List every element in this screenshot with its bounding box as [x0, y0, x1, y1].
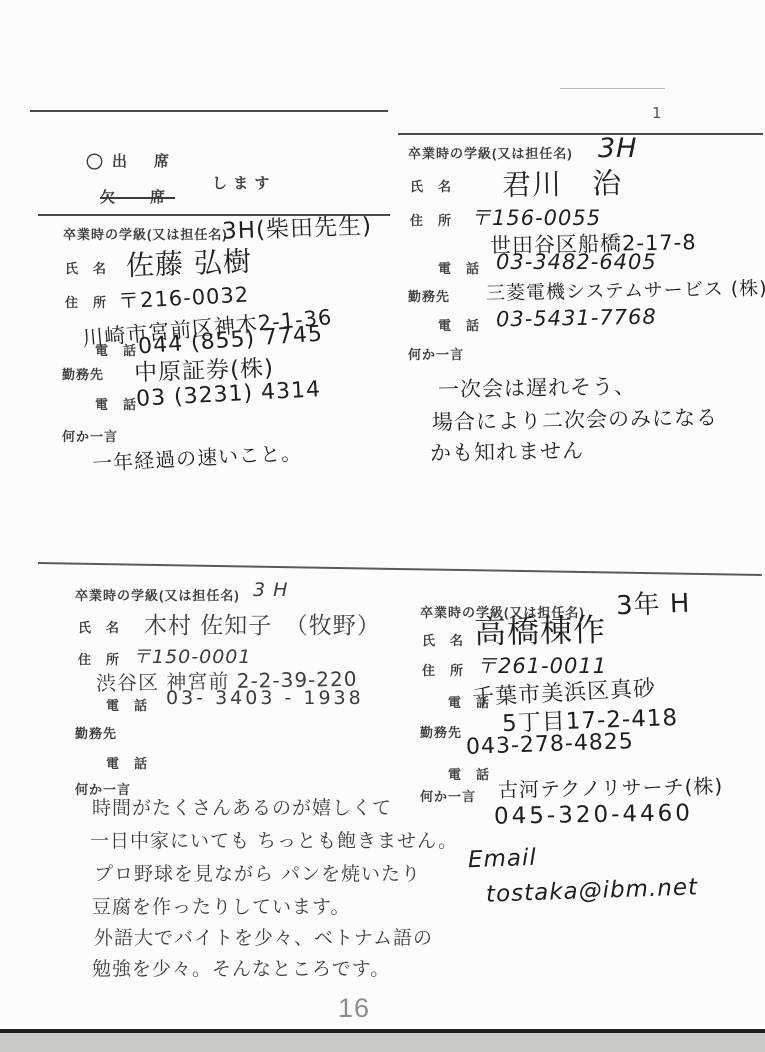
form-top-right: 1 卒業時の学級(又は担任名) 3H 氏 名 君川 治 住 所 〒156-005…: [398, 80, 765, 500]
work-phone-field-label: 電 話: [106, 753, 148, 772]
name-field-label: 氏 名: [78, 617, 120, 636]
comment-line-handwritten: 一年経過の速いこと。: [91, 437, 302, 477]
email-label-handwritten: Email: [468, 845, 538, 873]
workplace-field-label: 勤務先: [408, 286, 450, 305]
comment-line-handwritten: 時間がたくさんあるのが嬉しくて: [92, 793, 392, 820]
attend-verb-label: し ま す: [212, 172, 270, 193]
form-bottom-left: 卒業時の学級(又は担任名) 3 H 氏 名 木村 佐知子 （牧野） 住 所 〒1…: [30, 555, 395, 985]
comment-line-handwritten: 場合により二次会のみになる: [432, 402, 718, 437]
address-field-label: 住 所: [65, 292, 107, 311]
page-number: 16: [338, 993, 370, 1024]
phone-field-label: 電 話: [95, 340, 137, 359]
work-phone-field-label: 電 話: [438, 315, 480, 334]
divider-line: [30, 110, 388, 112]
address-field-label: 住 所: [410, 210, 452, 229]
work-phone-field-label: 電 話: [95, 394, 137, 413]
attendance-circle-mark: 〇: [86, 148, 104, 173]
workplace-field-label: 勤務先: [420, 722, 462, 741]
work-phone-field-label: 電 話: [448, 764, 490, 783]
scanned-reunion-reply-page: 〇 出 席 し ま す 欠 席 卒業時の学級(又は担任名) 3H(柴田先生) 氏…: [0, 0, 765, 1052]
name-value-handwritten: 木村 佐知子 （牧野）: [144, 607, 381, 640]
class-value-handwritten: 3H: [598, 133, 637, 164]
class-field-label: 卒業時の学級(又は担任名): [75, 585, 240, 604]
class-value-handwritten: 3 H: [253, 579, 288, 601]
name-field-label: 氏 名: [65, 258, 107, 277]
form-top-left: 〇 出 席 し ま す 欠 席 卒業時の学級(又は担任名) 3H(柴田先生) 氏…: [30, 100, 395, 500]
name-value-handwritten: 君川 治: [502, 161, 623, 204]
comment-line-handwritten: 古河テクノリサーチ(株): [498, 770, 724, 803]
workplace-field-label: 勤務先: [62, 364, 104, 383]
name-field-label: 氏 名: [410, 176, 452, 195]
attend-label: 出 席: [112, 150, 175, 171]
comment-line-handwritten: 勉強を少々。そんなところです。: [92, 954, 390, 981]
phone-value-handwritten: 043-278-4825: [466, 729, 635, 760]
comment-line-handwritten: プロ野球を見ながら パンを焼いたり: [94, 859, 421, 886]
comment-line-handwritten: かも知れません: [430, 435, 585, 468]
address-field-label: 住 所: [78, 649, 120, 668]
comment-field-label: 何か一言: [408, 344, 464, 363]
workplace-field-label: 勤務先: [75, 723, 117, 742]
email-value-handwritten: tostaka@ibm.net: [486, 874, 699, 907]
comment-line-handwritten: 豆腐を作ったりしています。: [92, 892, 350, 919]
class-field-label: 卒業時の学級(又は担任名): [63, 224, 228, 243]
class-value-handwritten: 3年 H: [615, 583, 691, 623]
comment-line-handwritten: 045-320-4460: [494, 800, 693, 829]
name-field-label: 氏 名: [422, 630, 464, 649]
phone-value-handwritten: 03-3482-6405: [496, 250, 657, 274]
faint-scan-line: [560, 88, 665, 89]
form-bottom-right: 卒業時の学級(又は担任名) 3年 H 氏 名 高橋棟作 住 所 〒261-001…: [398, 570, 765, 1000]
phone-field-label: 電 話: [448, 692, 490, 711]
comment-field-label: 何か一言: [62, 426, 118, 445]
phone-field-label: 電 話: [438, 258, 480, 277]
workplace-value-handwritten: 三菱電機システムサービス (株): [486, 274, 765, 306]
phone-value-handwritten: 03- 3403 - 1938: [166, 687, 364, 709]
name-value-handwritten: 高橋棟作: [474, 605, 607, 653]
phone-field-label: 電 話: [106, 695, 148, 714]
comment-field-label: 何か一言: [420, 786, 476, 805]
comment-line-handwritten: 一次会は遅れそう、: [438, 370, 636, 403]
scan-edge-strip: [0, 1033, 765, 1052]
stray-pen-mark: 1: [652, 104, 663, 122]
absent-label-struck: 欠 席: [100, 186, 175, 207]
class-field-label: 卒業時の学級(又は担任名): [408, 143, 573, 162]
divider-line: [398, 133, 763, 135]
work-phone-value-handwritten: 03-5431-7768: [496, 305, 657, 332]
name-value-handwritten: 佐藤 弘樹: [125, 240, 252, 284]
comment-line-handwritten: 外語大でバイトを少々、ベトナム語の: [94, 923, 433, 950]
address-field-label: 住 所: [422, 660, 464, 679]
